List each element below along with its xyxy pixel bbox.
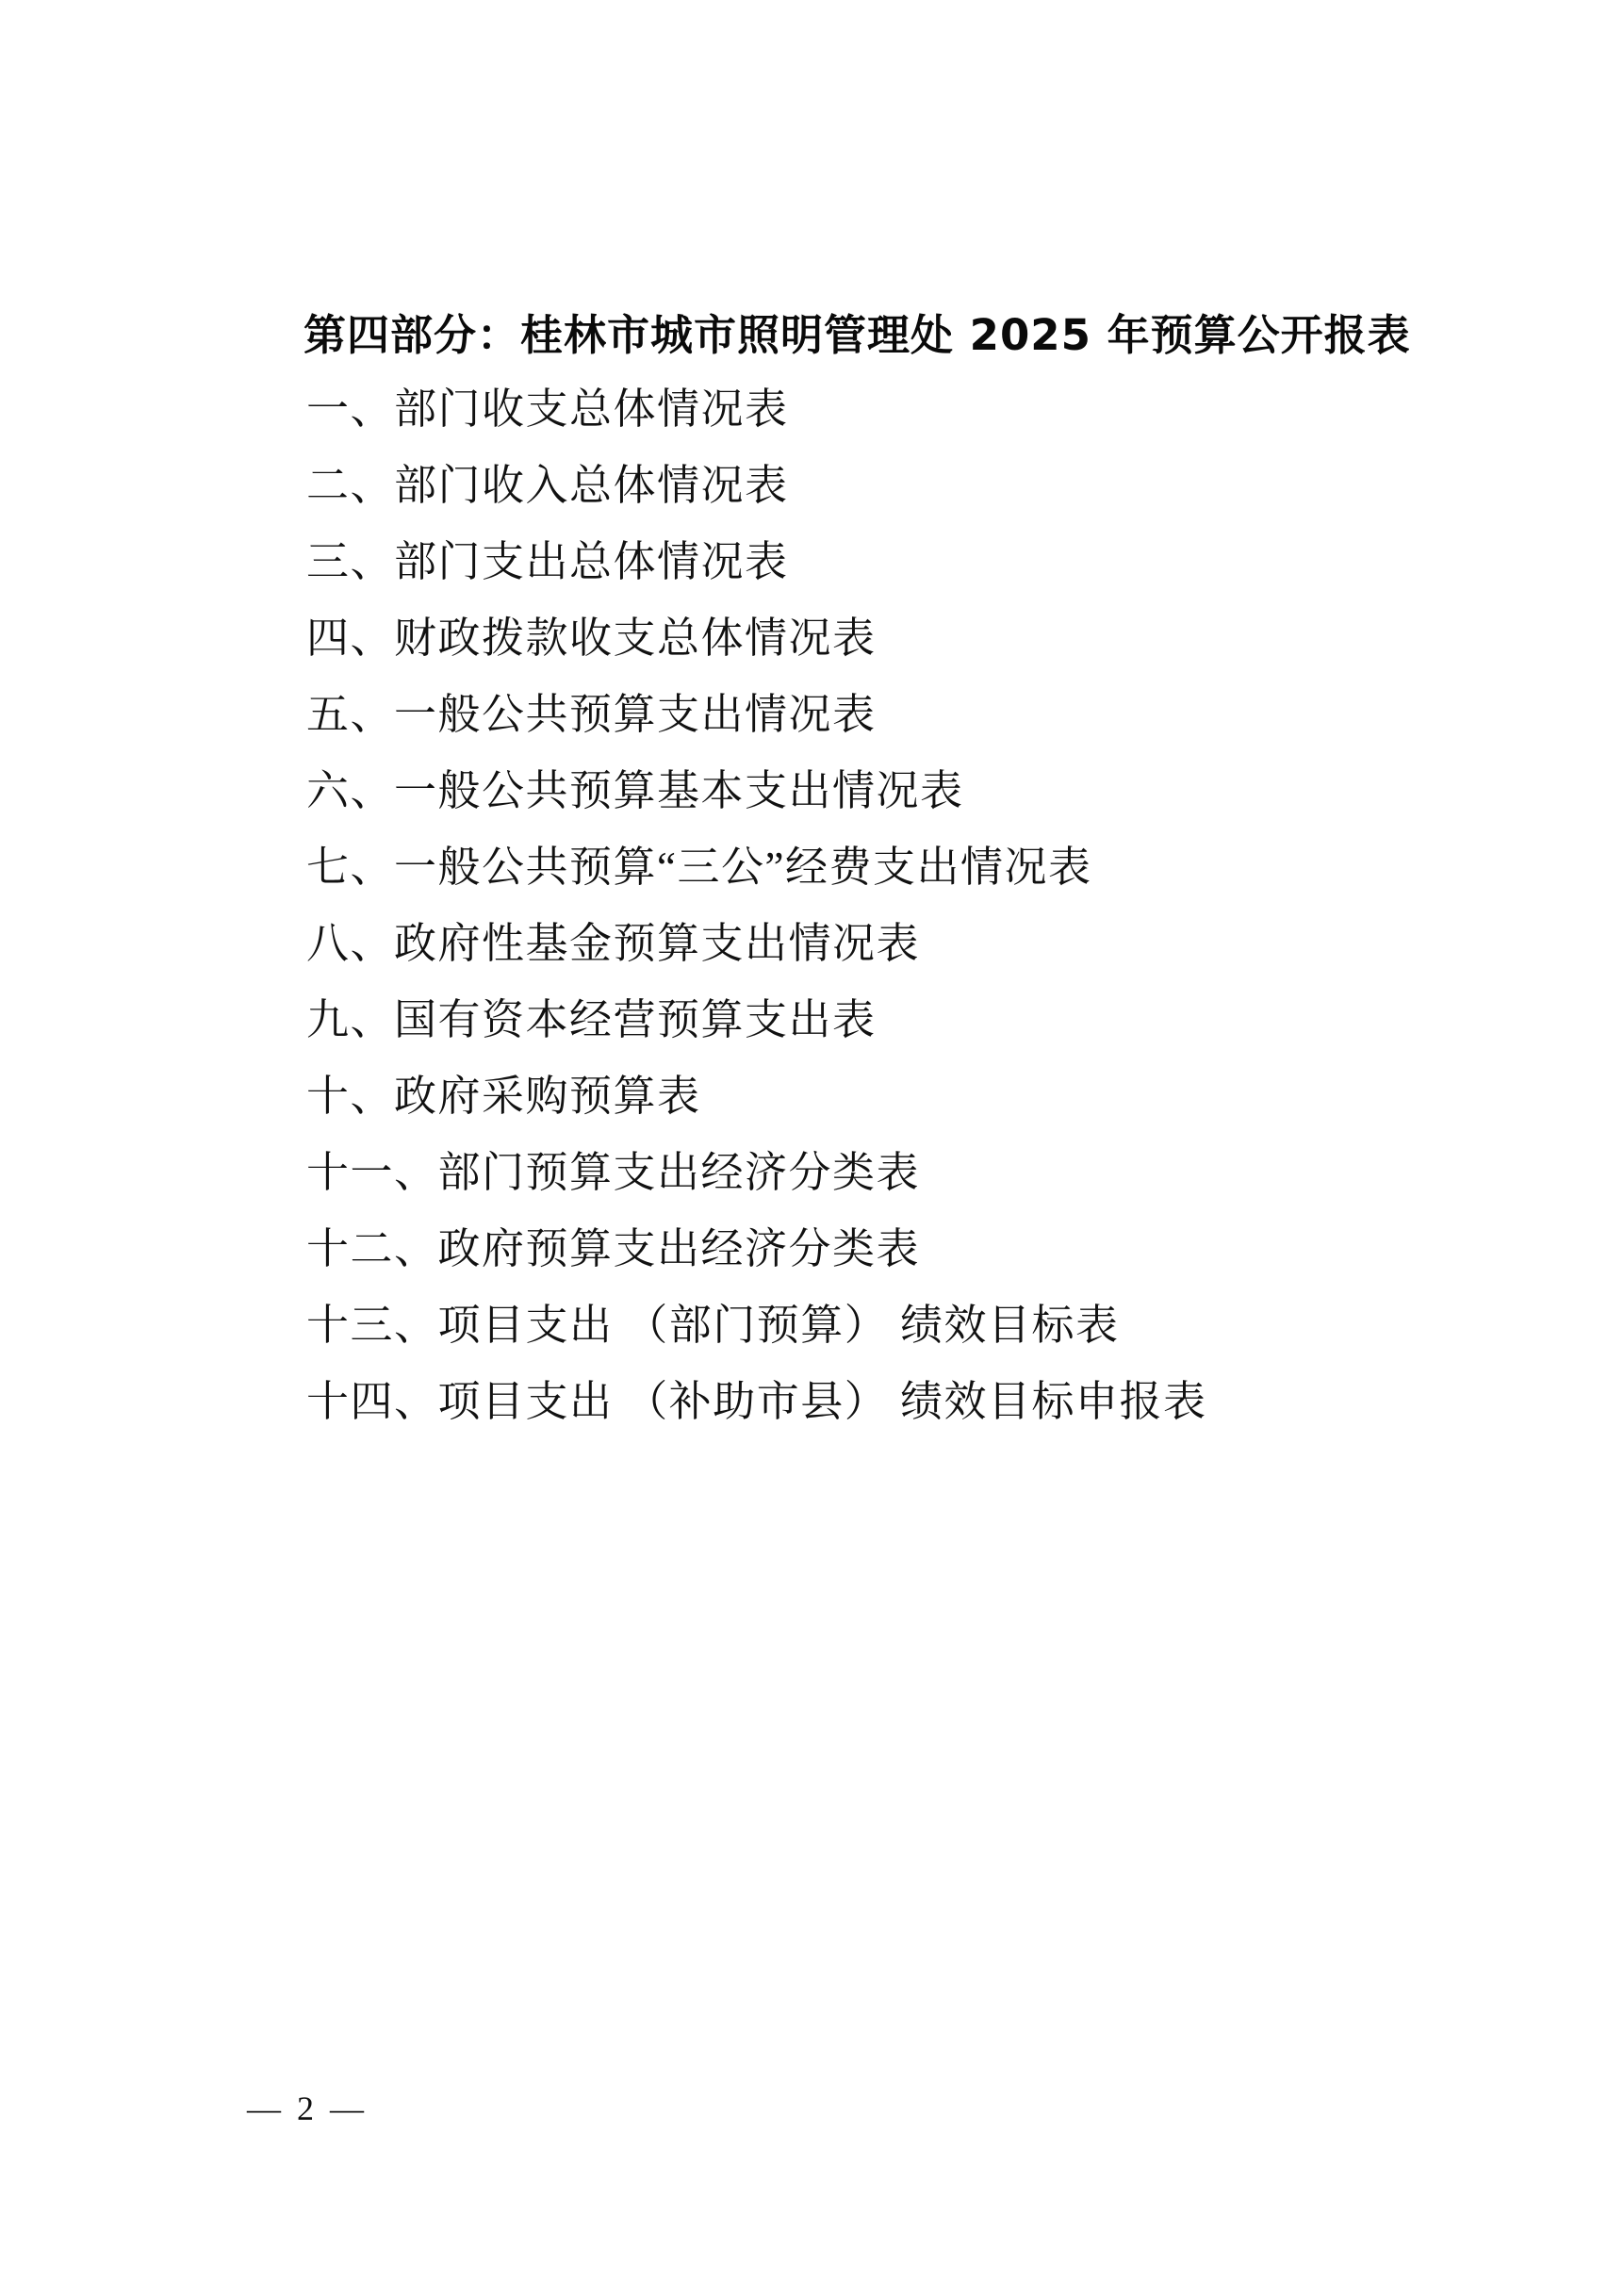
toc-item-4: 四、财政拨款收支总体情况表 xyxy=(306,600,1207,677)
toc-item-10: 十、政府采购预算表 xyxy=(306,1058,1207,1135)
toc-item-1: 一、部门收支总体情况表 xyxy=(306,371,1207,448)
toc-item-13: 十三、项目支出 （部门预算） 绩效目标表 xyxy=(306,1287,1207,1364)
toc-item-14: 十四、项目支出 （补助市县） 绩效目标申报表 xyxy=(306,1364,1207,1440)
document-page: 第四部分：桂林市城市照明管理处 2025 年预算公开报表 一、部门收支总体情况表… xyxy=(0,0,1624,2296)
toc-list: 一、部门收支总体情况表 二、部门收入总体情况表 三、部门支出总体情况表 四、财政… xyxy=(306,371,1207,1440)
toc-item-6: 六、一般公共预算基本支出情况表 xyxy=(306,753,1207,829)
document-title: 第四部分：桂林市城市照明管理处 2025 年预算公开报表 xyxy=(303,311,1411,360)
toc-item-3: 三、部门支出总体情况表 xyxy=(306,524,1207,600)
toc-item-9: 九、国有资本经营预算支出表 xyxy=(306,982,1207,1058)
toc-item-5: 五、一般公共预算支出情况表 xyxy=(306,677,1207,753)
toc-item-11: 十一、部门预算支出经济分类表 xyxy=(306,1135,1207,1211)
toc-item-8: 八、政府性基金预算支出情况表 xyxy=(306,906,1207,982)
toc-item-12: 十二、政府预算支出经济分类表 xyxy=(306,1211,1207,1287)
toc-item-2: 二、部门收入总体情况表 xyxy=(306,448,1207,524)
page-number: — 2 — xyxy=(247,2089,368,2128)
toc-item-7: 七、一般公共预算“三公”经费支出情况表 xyxy=(306,829,1207,906)
